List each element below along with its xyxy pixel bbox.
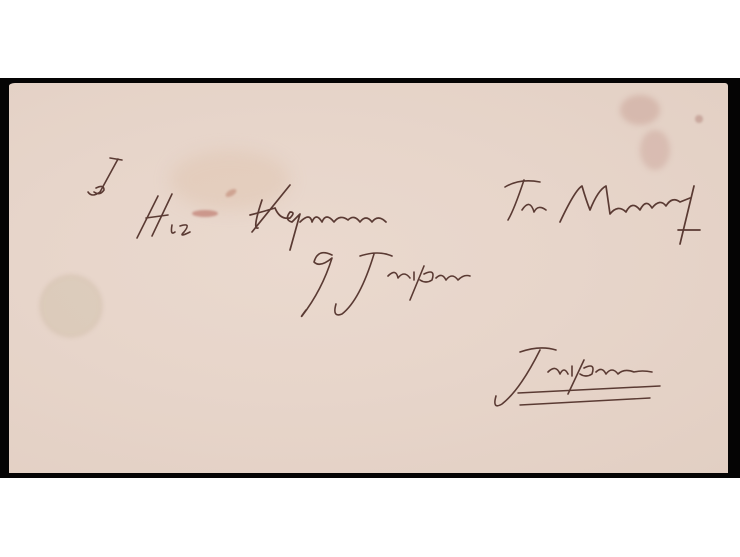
handwriting xyxy=(0,0,740,557)
